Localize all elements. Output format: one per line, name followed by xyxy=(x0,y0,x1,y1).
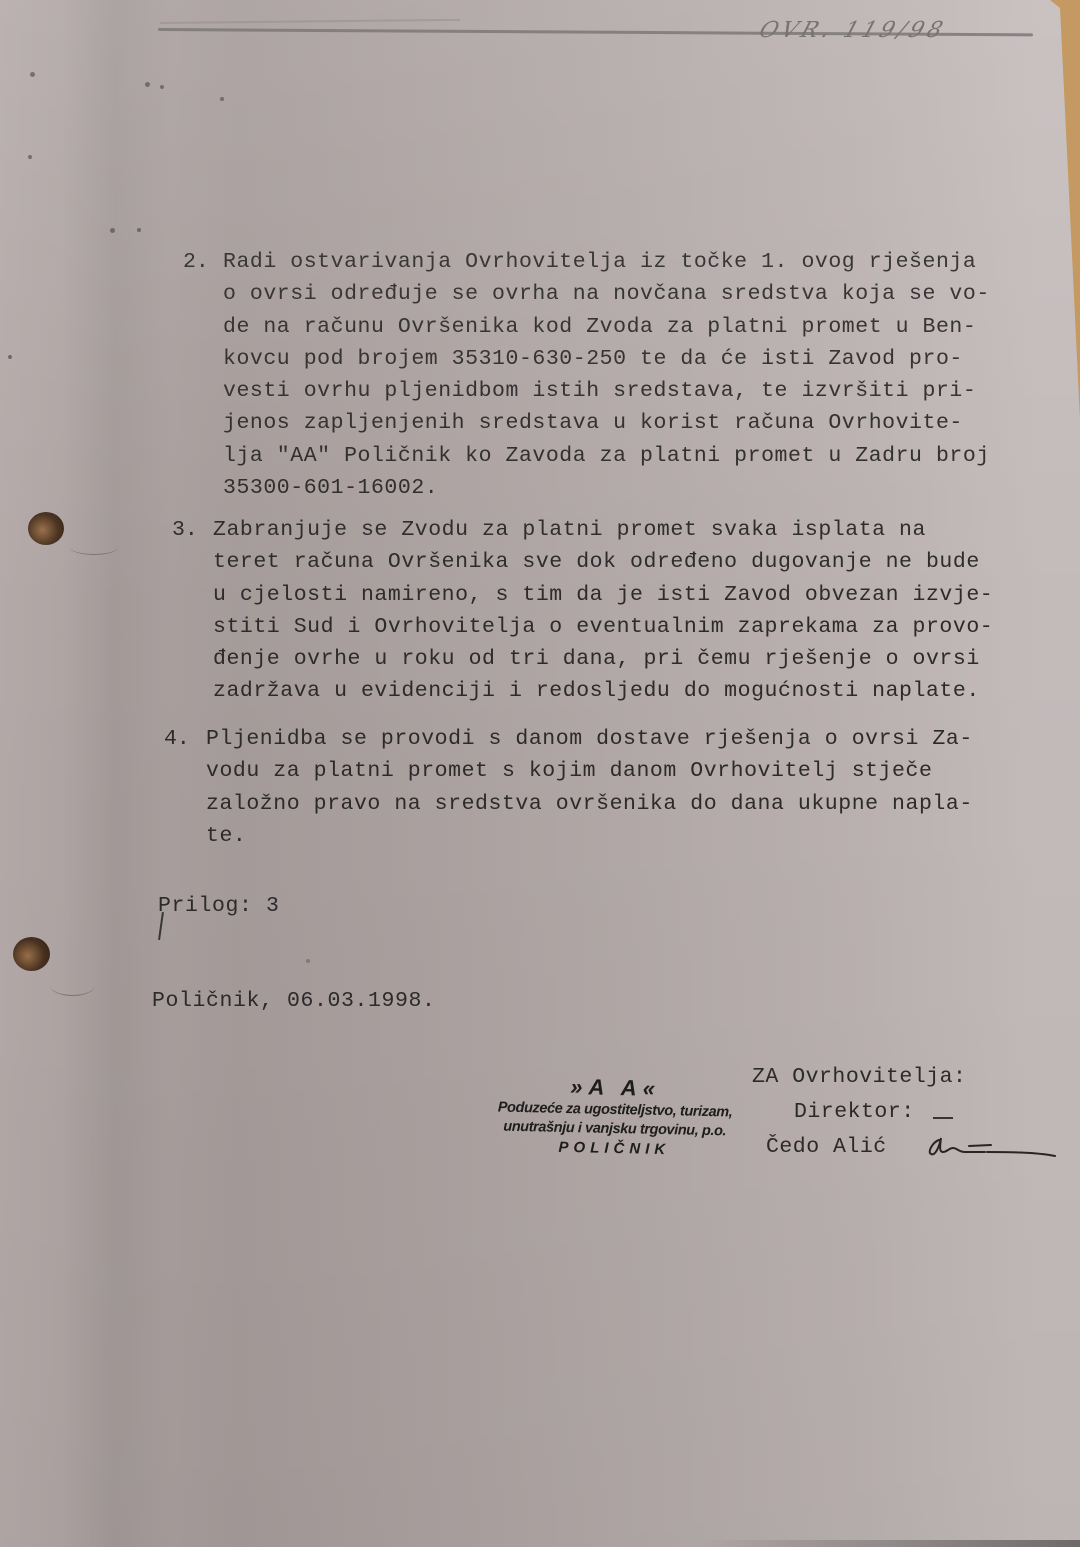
clause-line: de na računu Ovršenika kod Zvoda za plat… xyxy=(223,311,990,343)
clause-line: založno pravo na sredstva ovršenika do d… xyxy=(206,788,973,820)
speck xyxy=(160,85,164,89)
clause-number: 3. xyxy=(172,514,198,546)
clause-line: Zabranjuje se Zvodu za platni promet sva… xyxy=(213,514,993,546)
speck xyxy=(8,355,12,359)
clause-line: đenje ovrhe u roku od tri dana, pri čemu… xyxy=(213,643,993,675)
clause-line: stiti Sud i Ovrhovitelja o eventualnim z… xyxy=(213,611,993,643)
clause-line: zadržava u evidenciji i redosljedu do mo… xyxy=(213,675,993,707)
speck xyxy=(145,82,150,87)
handwritten-case-reference: OVR. 119/98 xyxy=(756,18,950,43)
signatory-title: Direktor: xyxy=(752,1095,966,1130)
clause-line: teret računa Ovršenika sve dok određeno … xyxy=(213,546,993,578)
punch-crease xyxy=(50,975,95,996)
clause-line: 35300-601-16002. xyxy=(223,472,990,504)
clause-line: jenos zapljenjenih sredstava u korist ra… xyxy=(223,407,990,439)
attachment-count: Prilog: 3 xyxy=(158,890,280,922)
header-rule-faint xyxy=(160,19,460,24)
document-page: OVR. 119/98 2. Radi ostvarivanja Ovrhovi… xyxy=(0,0,1080,1547)
place-and-date: Poličnik, 06.03.1998. xyxy=(152,985,436,1017)
clause-line: o ovrsi određuje se ovrha na novčana sre… xyxy=(223,278,990,310)
handwritten-signature xyxy=(925,1130,1060,1162)
punch-crease xyxy=(70,540,118,555)
clause-line: kovcu pod brojem 35310-630-250 te da će … xyxy=(223,343,990,375)
pen-dash xyxy=(933,1117,953,1119)
clause-number: 4. xyxy=(164,723,190,755)
speck xyxy=(220,97,224,101)
speck xyxy=(28,155,32,159)
clause-line: Radi ostvarivanja Ovrhovitelja iz točke … xyxy=(223,246,990,278)
clause-line: vesti ovrhu pljenidbom istih sredstava, … xyxy=(223,375,990,407)
clause-number: 2. xyxy=(183,246,209,278)
paper-edge-shadow xyxy=(700,1540,1080,1547)
speck xyxy=(306,959,310,963)
punch-hole xyxy=(28,512,64,545)
clause-line: Pljenidba se provodi s danom dostave rje… xyxy=(206,723,973,755)
speck xyxy=(110,228,115,233)
clause-line: lja "AA" Poličnik ko Zavoda za platni pr… xyxy=(223,440,990,472)
punch-hole xyxy=(13,937,50,971)
clause-line: vodu za platni promet s kojim danom Ovrh… xyxy=(206,755,973,787)
speck xyxy=(30,72,35,77)
company-stamp: »A A« Poduzeće za ugostiteljstvo, turiza… xyxy=(489,1072,741,1161)
signatory-party: ZA Ovrhovitelja: xyxy=(752,1060,966,1095)
clause-line: u cjelosti namireno, s tim da je isti Za… xyxy=(213,579,993,611)
paper-fold-shadow xyxy=(60,0,170,1547)
speck xyxy=(137,228,141,232)
clause-line: te. xyxy=(206,820,973,852)
